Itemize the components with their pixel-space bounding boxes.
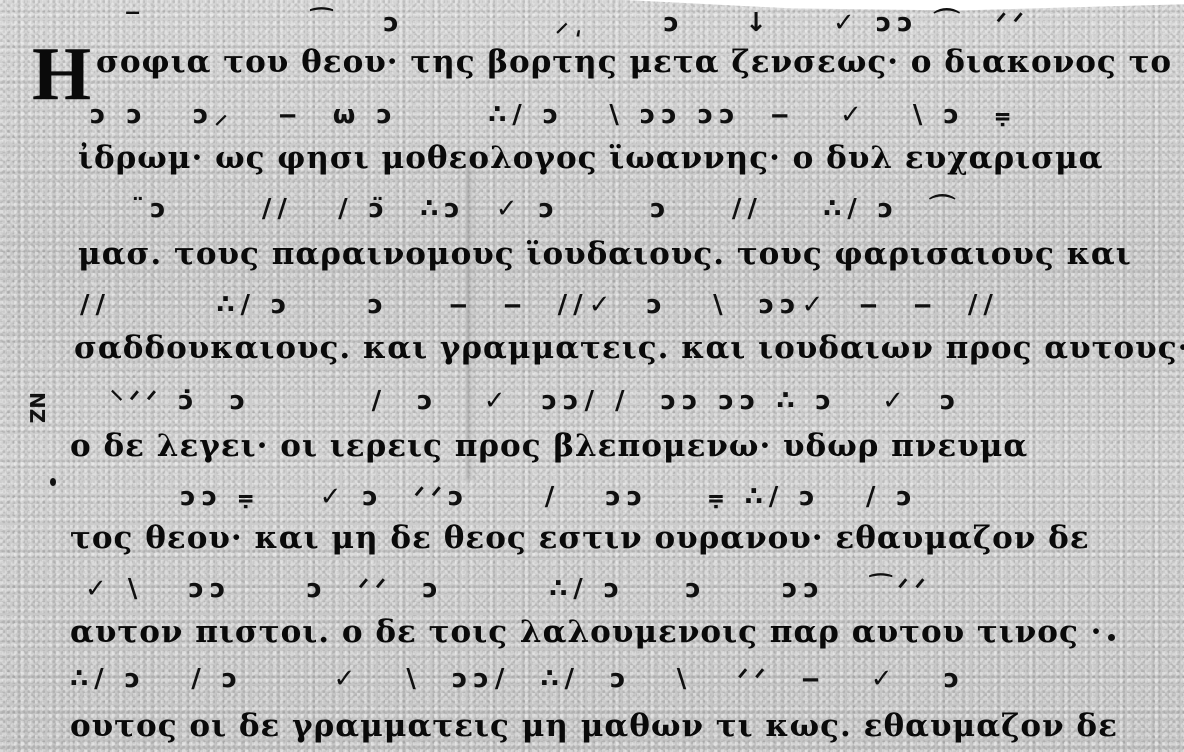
- illuminated-initial: Η: [32, 36, 91, 112]
- neume-row: ∴/ ͻ / ͻ ✓ \ ͻͻ/ ∴/ ͻ \ ᐟᐟ ‒ ✓ ͻ: [70, 664, 965, 694]
- manuscript-page: Η ΝΖ ̅ ⁀ ͻ ⸝͵ ͻ ↓ ✓ ͻͻ ⌒ ᐟᐟ σοφια του θε…: [0, 0, 1184, 752]
- text-row: σαδδουκαιους. και γραμματεις. και ιουδαι…: [74, 330, 1184, 366]
- text-row: αυτον πιστοι. ο δε τοις λαλουμενοις παρ …: [70, 614, 1102, 650]
- neume-row: ✓ \ ͻͻ ͻ ᐟᐟ ͻ ∴/ ͻ ͻ ͻͻ ⁀ᐟᐟ: [70, 574, 932, 604]
- neume-row: // ∴/ ͻ ͻ ‒ ‒ //✓ ͻ \ ͻͻ✓ ‒ ‒ //: [80, 290, 999, 320]
- text-row: ουτος οι δε γραμματεις μη μαθων τι κως. …: [70, 708, 1118, 744]
- margin-dot: [50, 478, 56, 486]
- neume-row: ⸌ᐟᐟ ͻ̇ ͻ / ͻ ✓ ͻͻ/ / ͻͻ ͻͻ ∴ ͻ ✓ ͻ: [80, 386, 961, 416]
- neume-row: ͻ ͻ ͻ⸝ ‒ ω ͻ ∴/ ͻ \ ͻͻ ͻͻ ‒ ✓ \ ͻ ⩦: [90, 100, 1016, 130]
- text-row: τος θεου· και μη δε θεος εστιν ουρανου· …: [70, 520, 1090, 556]
- text-row: μασ. τους παραινομους ϊουδαιους. τους φα…: [78, 236, 1132, 272]
- text-row: ἰδρωμ· ως φησι μοθεολογος ϊωαννης· ο δυλ…: [78, 140, 1104, 176]
- text-row: σοφια του θεου· της βορτης μετα ζενσεως·…: [96, 44, 1172, 80]
- neume-row: ̅ ⁀ ͻ ⸝͵ ͻ ↓ ✓ ͻͻ ⌒ ᐟᐟ: [100, 8, 1030, 38]
- text-row: ο δε λεγει· οι ιερεις προς βλεπομενω· υδ…: [70, 428, 1028, 464]
- margin-annotation: ΝΖ: [28, 392, 46, 423]
- neume-row: ̈ͻ // / ͻ̈ ∴ͻ ✓ ͻ ͻ // ∴/ ͻ ⌒: [90, 194, 961, 224]
- punctuation-dot: [1108, 634, 1115, 641]
- neume-row: ͻͻ ⩦ ✓ ͻ ᐟᐟͻ / ͻͻ ⩦ ∴/ ͻ / ͻ: [90, 482, 918, 512]
